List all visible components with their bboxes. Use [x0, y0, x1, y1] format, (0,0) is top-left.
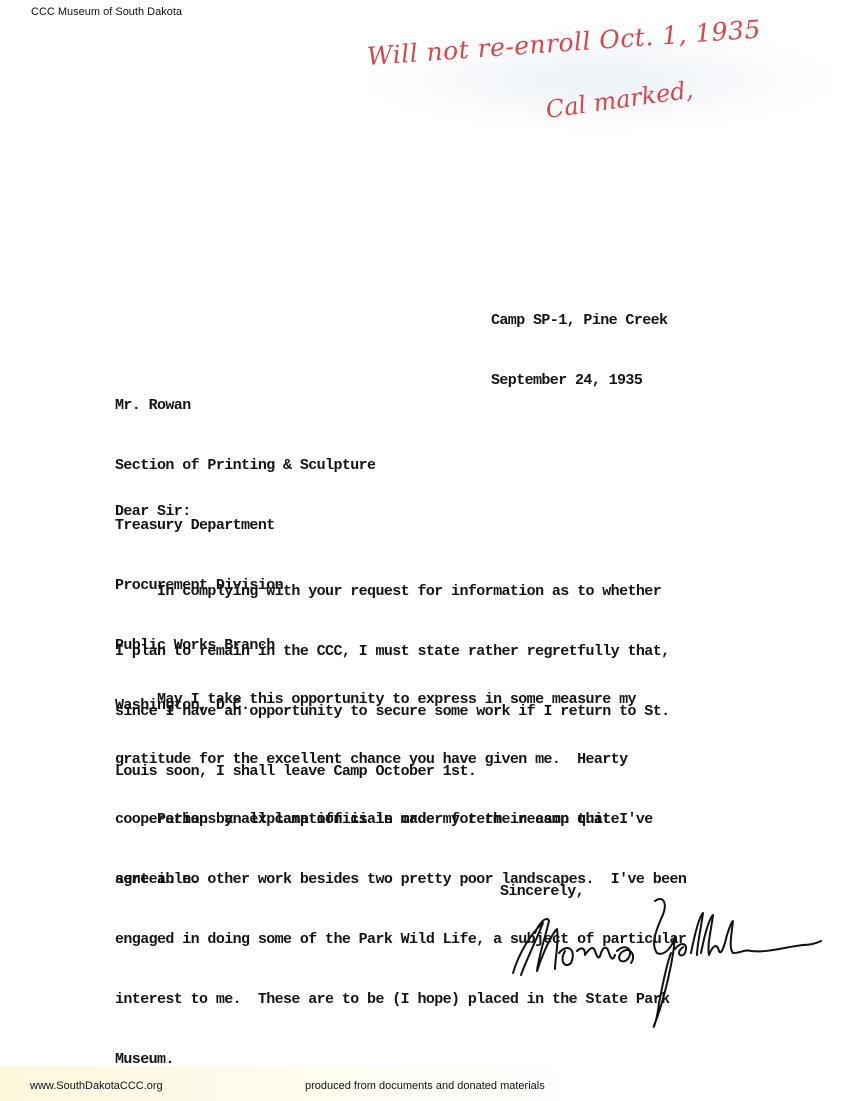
- paragraph-line: Perhaps an explanation is in order for t…: [115, 810, 686, 830]
- credit-text: produced from documents and donated mate…: [305, 1080, 545, 1092]
- website-link[interactable]: www.SouthDakotaCCC.org: [30, 1080, 163, 1092]
- paragraph-line: sent in no other work besides two pretty…: [115, 870, 686, 890]
- salutation: Dear Sir:: [115, 502, 191, 522]
- paragraph-line: In complying with your request for infor…: [115, 582, 670, 602]
- recipient-name: Mr. Rowan: [115, 396, 375, 416]
- paragraph-line: May I take this opportunity to express i…: [115, 690, 636, 710]
- dateline: Camp SP-1, Pine Creek September 24, 1935: [491, 271, 667, 411]
- paragraph-line: gratitude for the excellent chance you h…: [115, 750, 636, 770]
- letter-date: September 24, 1935: [491, 371, 667, 391]
- signature: Morris Gallub: [505, 893, 825, 1048]
- source-label: CCC Museum of South Dakota: [31, 6, 182, 18]
- camp-location: Camp SP-1, Pine Creek: [491, 311, 667, 331]
- recipient-section: Section of Printing & Sculpture: [115, 456, 375, 476]
